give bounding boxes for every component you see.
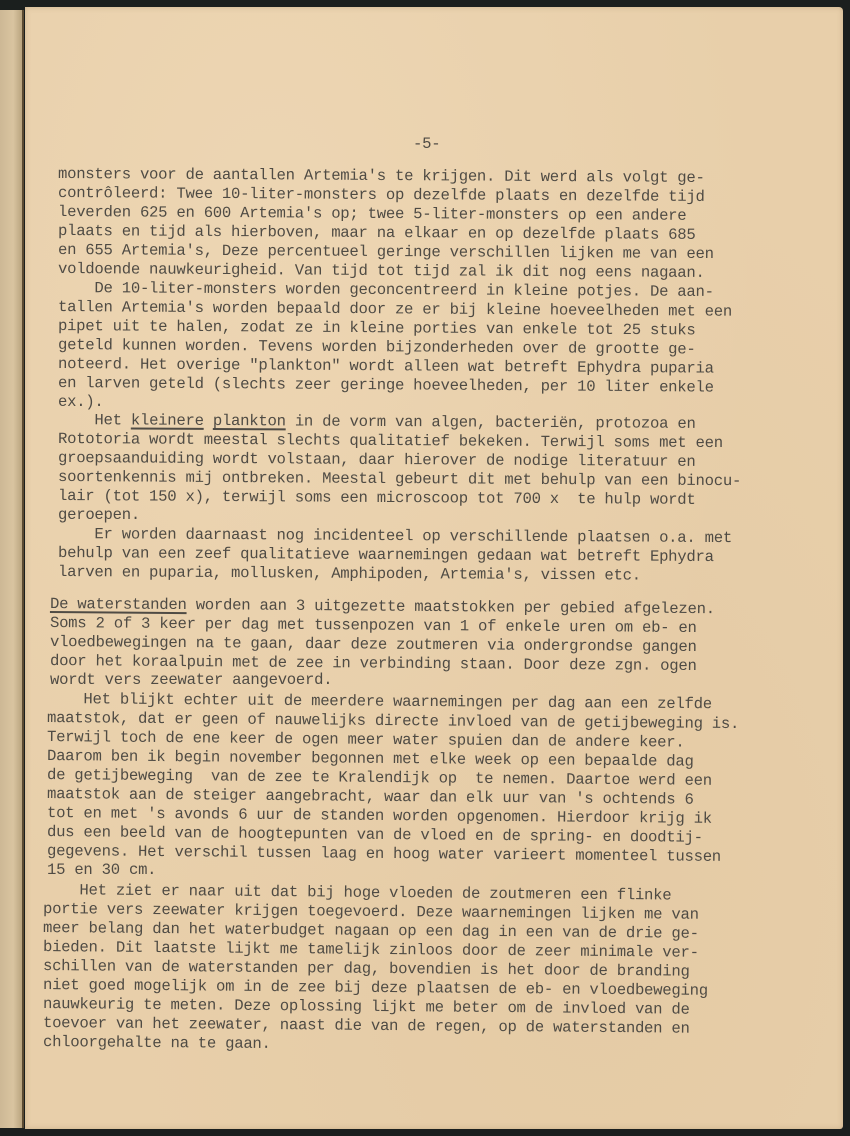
text-line: 15 en 30 cm.	[47, 861, 156, 879]
document-page: -5- monsters voor de aantallen Artemia's…	[25, 7, 843, 1129]
underlined-term: plankton	[213, 412, 286, 430]
text-line: ex.).	[58, 393, 104, 411]
section-heading: De waterstanden	[50, 595, 187, 614]
text-line: chloorgehalte na te gaan.	[43, 1033, 271, 1053]
scanned-document: -5- monsters voor de aantallen Artemia's…	[0, 0, 850, 1136]
text-line: lair (tot 150 x), terwijl soms een micro…	[58, 487, 696, 509]
text-line: wordt vers zeewater aangevoerd.	[50, 671, 332, 689]
text-line: leverden 625 en 600 Artemia's op; twee 5…	[58, 203, 687, 225]
text-line: geroepen.	[58, 506, 140, 524]
page-number: -5-	[413, 135, 440, 153]
previous-page-edge	[0, 10, 24, 1128]
underlined-term: kleinere	[131, 411, 204, 429]
text-line: en larven geteld (slechts zeer geringe h…	[58, 374, 714, 397]
text-line: larven en puparia, mollusken, Amphipoden…	[58, 563, 641, 585]
